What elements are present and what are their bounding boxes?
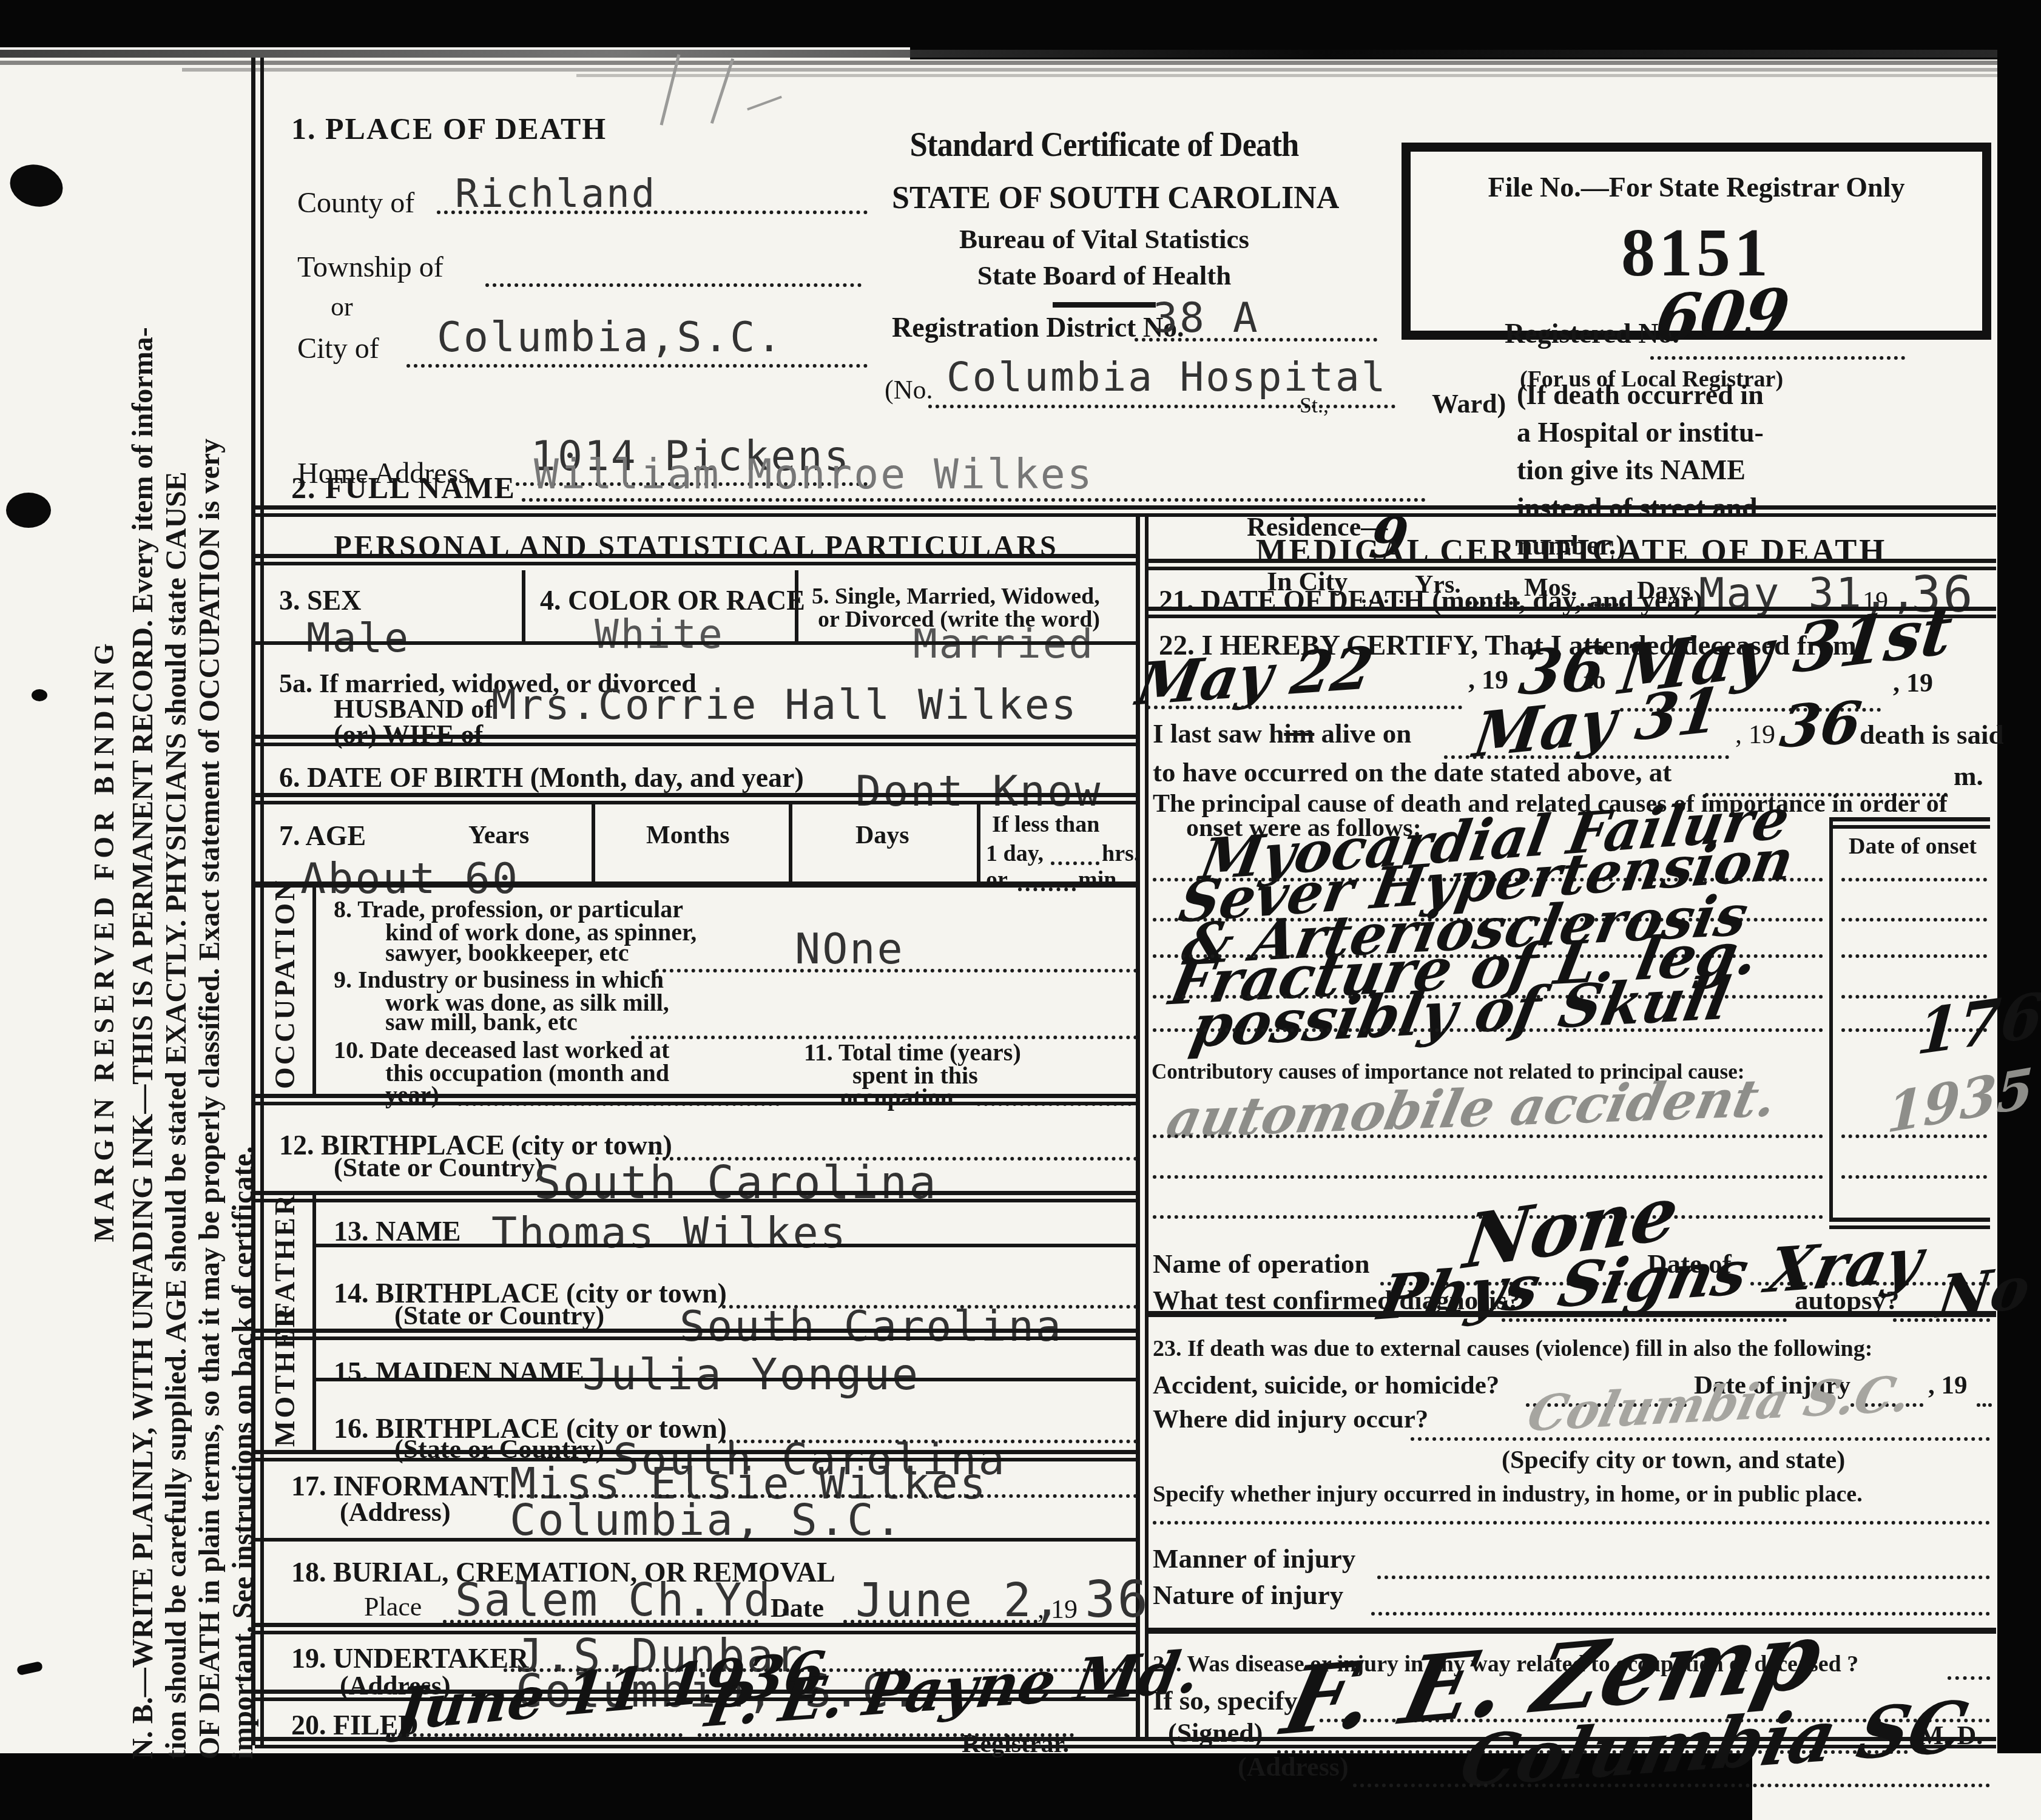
margin-nb-line: tion should be carefully supplied. AGE s… (160, 121, 193, 1759)
age-min-label: min. (1078, 866, 1122, 893)
scan-edge-right (1997, 36, 2041, 1753)
father-birthplace-sub: (State or Country) (394, 1300, 604, 1331)
onset-underline (1841, 918, 1987, 922)
occupation-question-line (1948, 1676, 1990, 1680)
injury-year-prefix: , 19 (1928, 1370, 1968, 1400)
age-min-line (1018, 888, 1076, 891)
group-border (312, 1191, 316, 1329)
cell-divider (795, 570, 798, 641)
file-number-label: File No.—For State Registrar Only (1411, 171, 1982, 203)
cause-underline (1153, 1028, 1823, 1032)
father-name-label: 13. NAME (334, 1215, 461, 1247)
ink-blot (5, 159, 67, 212)
row-rule (255, 1329, 1138, 1340)
ink-blot (16, 1661, 43, 1676)
where-injury-value: Columbia S.C. (1522, 1364, 1917, 1442)
injury-year-line (1977, 1403, 1992, 1407)
title-rule (1053, 302, 1156, 308)
township-or: or (331, 291, 353, 322)
onset-underline (1841, 1175, 1987, 1179)
external-label: 23. If death was due to external causes … (1153, 1335, 1872, 1362)
manner-line (1377, 1576, 1990, 1579)
section-rule (1147, 1311, 1996, 1317)
county-label: County of (297, 186, 414, 220)
city-line (407, 364, 868, 368)
row-rule (255, 793, 1138, 804)
institution-st: St., (1300, 393, 1329, 418)
sex-value: Male (306, 615, 410, 661)
manner-label: Manner of injury (1153, 1543, 1355, 1574)
cell-divider (592, 801, 595, 881)
occurred-m-label: m. (1954, 760, 1983, 792)
registration-district-value: 38 A (1153, 294, 1260, 342)
row-rule (255, 881, 1138, 888)
cell-divider (522, 570, 525, 641)
row-rule (255, 1191, 1138, 1202)
certificate-title: Standard Certificate of Death (905, 126, 1304, 164)
spouse-value: Mrs.Corrie Hall Wilkes (491, 681, 1078, 729)
full-name-line (522, 498, 1426, 502)
operation-label: Name of operation (1153, 1248, 1369, 1279)
title-block: Standard Certificate of Death STATE OF S… (892, 126, 1317, 308)
row-rule (255, 641, 1138, 645)
nature-label: Nature of injury (1153, 1579, 1343, 1611)
trade-value: NOne (795, 924, 905, 974)
occupation-group-label: OCCUPATION (261, 895, 309, 1089)
institution-ward: Ward) (1432, 388, 1506, 419)
row-rule (255, 1538, 1138, 1542)
row-rule (255, 735, 1138, 746)
age-years-label: Years (468, 821, 529, 850)
city-value: Columbia,S.C. (437, 314, 783, 362)
ink-blot (32, 689, 47, 701)
county-line (437, 211, 868, 214)
ink-blot (6, 493, 51, 528)
institution-no-label: (No. (885, 374, 933, 405)
if-so-label: If so, specify (1153, 1685, 1298, 1716)
cell-divider (789, 801, 792, 881)
row-rule (312, 1244, 1138, 1247)
onset-underline (1841, 1134, 1987, 1138)
registered-no-value: 609 (1651, 274, 1793, 356)
death-certificate-scan: MARGIN RESERVED FOR BINDING N. B.—WRITE … (0, 0, 2041, 1820)
hospital-note-line: tion give its NAME (1517, 451, 1996, 489)
township-label: Township of (297, 251, 444, 284)
scan-edge-top (0, 0, 2041, 47)
burial-place-value: Salem Ch.Yd. (455, 1574, 801, 1626)
contributory-line (1153, 1134, 1823, 1138)
trade-label-3: sawyer, bookkeeper, etc (385, 939, 629, 967)
state-line: STATE OF SOUTH CAROLINA (892, 180, 1317, 216)
burial-date-label: Date (771, 1592, 824, 1623)
last-saw-strike: im (1284, 718, 1314, 749)
autopsy-line (1893, 1318, 1990, 1322)
last-saw-label: I last saw him alive on (1153, 718, 1411, 749)
burial-year-prefix: , 19 (1037, 1594, 1078, 1625)
age-less-label-1: If less than (992, 811, 1099, 838)
age-days-label: Days (855, 821, 909, 850)
burial-place-label: Place (364, 1591, 422, 1622)
race-value: White (595, 611, 724, 658)
onset-box-left (1829, 817, 1833, 1221)
registered-no-line (1650, 356, 1905, 360)
row-rule (312, 1378, 1138, 1381)
full-name-label: 2. FULL NAME (291, 470, 516, 505)
binding-margin-notes: MARGIN RESERVED FOR BINDING N. B.—WRITE … (88, 121, 258, 1759)
mother-group-label: MOTHER (261, 1344, 309, 1447)
registration-district-line (1135, 338, 1377, 342)
section-divider (255, 505, 1996, 517)
signed-address-line (1353, 1784, 1990, 1787)
row-rule (255, 1094, 1138, 1105)
hospital-note-line: (If death occurred in (1517, 376, 1996, 414)
age-months-label: Months (646, 821, 730, 850)
cell-divider (977, 801, 980, 881)
signed-address-label: (Address) (1238, 1751, 1349, 1782)
industry-label-3: saw mill, bank, etc (385, 1008, 578, 1036)
last-saw-post: alive on (1314, 718, 1411, 749)
certify-from-line (1147, 706, 1462, 709)
father-birthplace-value: South Carolina (680, 1301, 1063, 1351)
sex-label: 3. SEX (279, 584, 361, 616)
mother-name-label: 15. MAIDEN NAME (334, 1356, 584, 1388)
onset-underline (1841, 954, 1987, 958)
place-of-death-label: 1. PLACE OF DEATH (291, 111, 607, 146)
onset-box-top (1829, 817, 1990, 829)
birth-date-label: 6. DATE OF BIRTH (Month, day, and year) (279, 761, 804, 794)
specify-line (1153, 1521, 1990, 1525)
township-line (485, 283, 862, 287)
board-line: State Board of Health (892, 260, 1317, 291)
signed-label: (Signed) (1168, 1717, 1263, 1748)
last-saw-year: 36 (1776, 689, 1865, 761)
bureau-line: Bureau of Vital Statistics (892, 223, 1317, 255)
informant-address-label: (Address) (340, 1497, 451, 1528)
father-name-value: Thomas Wilkes (491, 1208, 848, 1258)
last-saw-year-prefix: , 19 (1735, 719, 1775, 750)
occurred-label: to have occurred on the date stated abov… (1153, 757, 1672, 788)
test-line (1502, 1318, 1787, 1322)
county-value: Richland (455, 172, 656, 217)
last-saw-tail: death is said (1860, 719, 2004, 750)
age-hrs-label: hrs. (1102, 840, 1139, 867)
birthplace-sub-label: (State or Country) (334, 1152, 544, 1183)
burial-year-value: 36 (1085, 1569, 1150, 1629)
full-name-value: William Monroe Wilkes (534, 451, 1094, 499)
margin-nb-line: OF DEATH in plain terms, so that it may … (193, 121, 226, 1759)
age-label: 7. AGE (279, 820, 366, 852)
age-or-label: or (986, 866, 1008, 893)
mother-name-value: Julia Yongue (582, 1349, 920, 1400)
onset-underline (1841, 878, 1987, 881)
divider (255, 554, 1138, 565)
specify-where-label: Specify whether injury occurred in indus… (1153, 1481, 1863, 1508)
group-border (312, 881, 316, 1094)
accident-label: Accident, suicide, or homicide? (1153, 1370, 1499, 1400)
age-hrs-line (1051, 861, 1099, 865)
where-injury-label: Where did injury occur? (1153, 1404, 1428, 1434)
scan-streak (0, 50, 2041, 58)
certify-year1-prefix: , 19 (1468, 664, 1508, 695)
certify-year2-prefix: , 19 (1893, 667, 1933, 698)
hospital-note-line: a Hospital or institu- (1517, 414, 1996, 451)
contributory-line (1153, 1175, 1823, 1179)
margin-binding-text: MARGIN RESERVED FOR BINDING (88, 121, 120, 1759)
onset-header: Date of onset (1835, 833, 1990, 860)
city-label: City of (297, 332, 379, 365)
specify-city-note: (Specify city or town, and state) (1502, 1446, 1845, 1475)
margin-nb-line: N. B.—WRITE PLAINLY, WITH UNFADING INK—T… (126, 121, 160, 1759)
where-injury-line (1411, 1437, 1990, 1441)
burial-date-value: June 2, (855, 1573, 1062, 1627)
last-saw-pre: I last saw h (1153, 718, 1284, 749)
group-border (312, 1329, 316, 1450)
certificate-form: 1. PLACE OF DEATH Standard Certificate o… (255, 58, 1996, 1750)
father-group-label: FATHER (261, 1201, 309, 1319)
age-less-label-2: 1 day, (986, 840, 1044, 867)
